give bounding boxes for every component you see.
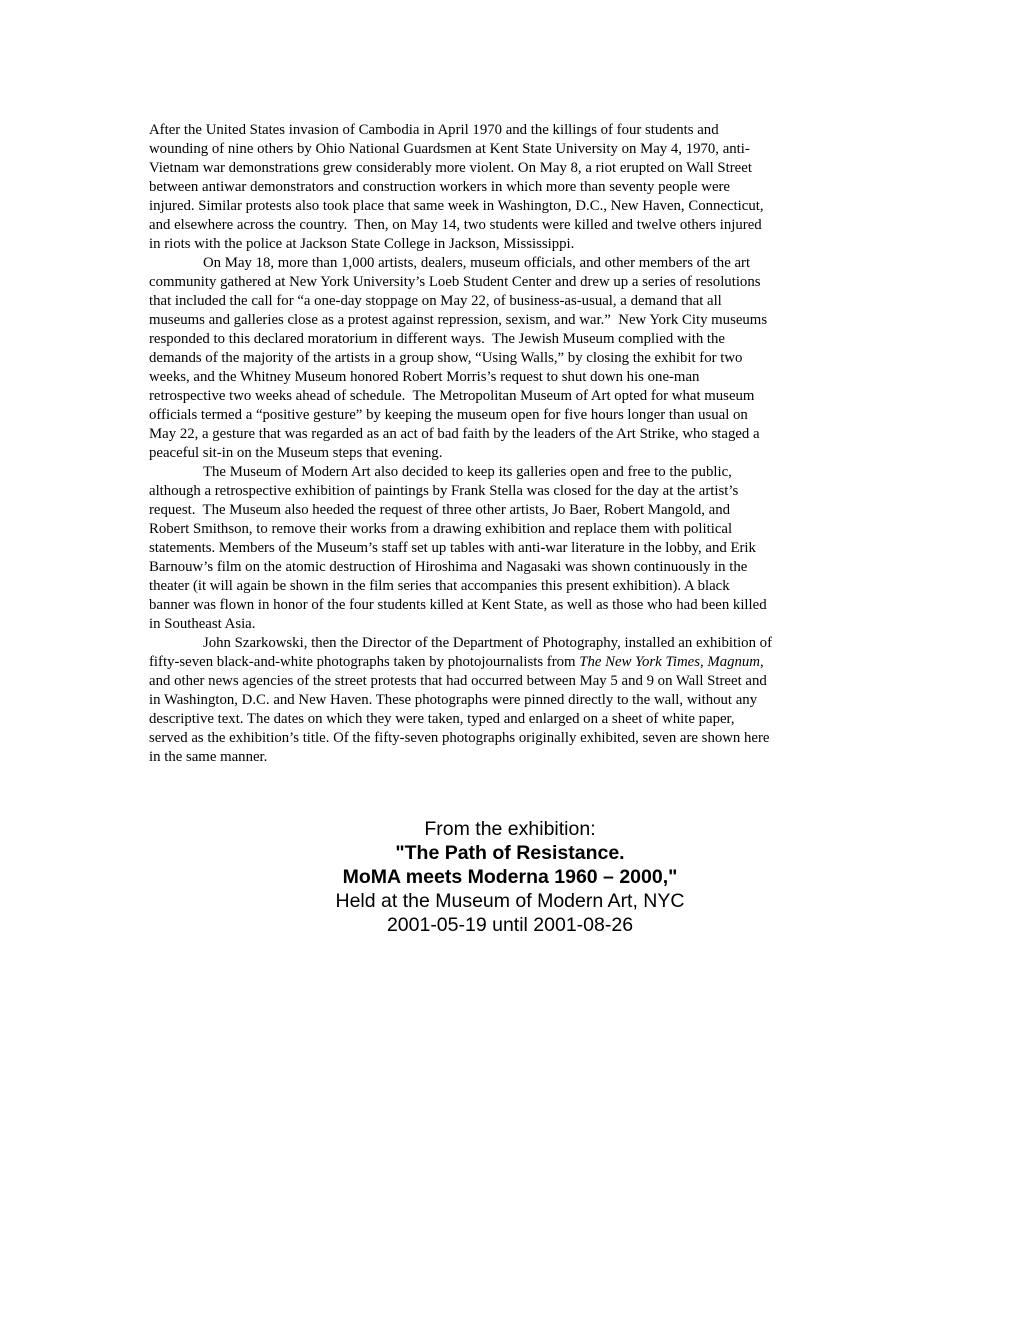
- text-run: officials termed a “positive gesture” by…: [149, 407, 748, 423]
- text-line: and elsewhere across the country. Then, …: [149, 216, 873, 235]
- document-page: After the United States invasion of Camb…: [0, 0, 1020, 1320]
- text-line: injured. Similar protests also took plac…: [149, 197, 873, 216]
- paragraph: The Museum of Modern Art also decided to…: [149, 463, 873, 634]
- text-line: in Washington, D.C. and New Haven. These…: [149, 691, 873, 710]
- text-run: wounding of nine others by Ohio National…: [149, 141, 750, 157]
- text-run: fifty-seven black-and-white photographs …: [149, 654, 579, 670]
- italic-text-run: The New York Times: [579, 654, 700, 670]
- text-line: descriptive text. The dates on which the…: [149, 710, 873, 729]
- text-run: request. The Museum also heeded the requ…: [149, 502, 730, 518]
- text-line: theater (it will again be shown in the f…: [149, 577, 873, 596]
- text-run: ,: [760, 654, 764, 670]
- text-run: theater (it will again be shown in the f…: [149, 578, 730, 594]
- text-run: injured. Similar protests also took plac…: [149, 198, 764, 214]
- text-line: retrospective two weeks ahead of schedul…: [149, 387, 873, 406]
- text-run: Robert Smithson, to remove their works f…: [149, 521, 732, 537]
- caption-line: Held at the Museum of Modern Art, NYC: [0, 889, 1020, 913]
- text-line: peaceful sit-in on the Museum steps that…: [149, 444, 873, 463]
- text-line: wounding of nine others by Ohio National…: [149, 140, 873, 159]
- text-run: banner was flown in honor of the four st…: [149, 597, 767, 613]
- text-line: between antiwar demonstrators and constr…: [149, 178, 873, 197]
- text-run: in the same manner.: [149, 749, 267, 765]
- caption-line: "The Path of Resistance.: [0, 841, 1020, 865]
- text-run: and elsewhere across the country. Then, …: [149, 217, 762, 233]
- text-run: retrospective two weeks ahead of schedul…: [149, 388, 754, 404]
- text-line: demands of the majority of the artists i…: [149, 349, 873, 368]
- text-line: On May 18, more than 1,000 artists, deal…: [149, 254, 873, 273]
- text-line: in riots with the police at Jackson Stat…: [149, 235, 873, 254]
- text-run: in Washington, D.C. and New Haven. These…: [149, 692, 757, 708]
- text-run: weeks, and the Whitney Museum honored Ro…: [149, 369, 699, 385]
- text-run: community gathered at New York Universit…: [149, 274, 760, 290]
- text-run: Barnouw’s film on the atomic destruction…: [149, 559, 747, 575]
- text-run: between antiwar demonstrators and constr…: [149, 179, 730, 195]
- text-line: request. The Museum also heeded the requ…: [149, 501, 873, 520]
- text-run: in riots with the police at Jackson Stat…: [149, 236, 574, 252]
- text-run: served as the exhibition’s title. Of the…: [149, 730, 769, 746]
- exhibition-caption: From the exhibition:"The Path of Resista…: [0, 817, 1020, 937]
- text-run: John Szarkowski, then the Director of th…: [203, 635, 772, 651]
- text-run: The Museum of Modern Art also decided to…: [203, 464, 732, 480]
- caption-line: 2001-05-19 until 2001-08-26: [0, 913, 1020, 937]
- text-line: Vietnam war demonstrations grew consider…: [149, 159, 873, 178]
- text-run: statements. Members of the Museum’s staf…: [149, 540, 756, 556]
- text-line: statements. Members of the Museum’s staf…: [149, 539, 873, 558]
- text-line: Barnouw’s film on the atomic destruction…: [149, 558, 873, 577]
- text-line: fifty-seven black-and-white photographs …: [149, 653, 873, 672]
- text-run: Vietnam war demonstrations grew consider…: [149, 160, 752, 176]
- caption-line: From the exhibition:: [0, 817, 1020, 841]
- text-line: served as the exhibition’s title. Of the…: [149, 729, 873, 748]
- text-line: After the United States invasion of Camb…: [149, 121, 873, 140]
- text-line: responded to this declared moratorium in…: [149, 330, 873, 349]
- text-run: descriptive text. The dates on which the…: [149, 711, 735, 727]
- text-run: in Southeast Asia.: [149, 616, 255, 632]
- text-line: that included the call for “a one-day st…: [149, 292, 873, 311]
- text-run: May 22, a gesture that was regarded as a…: [149, 426, 760, 442]
- paragraph: On May 18, more than 1,000 artists, deal…: [149, 254, 873, 463]
- text-line: community gathered at New York Universit…: [149, 273, 873, 292]
- paragraph: John Szarkowski, then the Director of th…: [149, 634, 873, 767]
- text-line: The Museum of Modern Art also decided to…: [149, 463, 873, 482]
- text-line: museums and galleries close as a protest…: [149, 311, 873, 330]
- text-run: although a retrospective exhibition of p…: [149, 483, 738, 499]
- text-run: museums and galleries close as a protest…: [149, 312, 767, 328]
- text-line: weeks, and the Whitney Museum honored Ro…: [149, 368, 873, 387]
- text-line: banner was flown in honor of the four st…: [149, 596, 873, 615]
- text-run: peaceful sit-in on the Museum steps that…: [149, 445, 442, 461]
- text-run: that included the call for “a one-day st…: [149, 293, 722, 309]
- text-line: Robert Smithson, to remove their works f…: [149, 520, 873, 539]
- text-line: John Szarkowski, then the Director of th…: [149, 634, 873, 653]
- document-body-text: After the United States invasion of Camb…: [149, 121, 873, 767]
- text-line: although a retrospective exhibition of p…: [149, 482, 873, 501]
- text-line: officials termed a “positive gesture” by…: [149, 406, 873, 425]
- text-run: On May 18, more than 1,000 artists, deal…: [203, 255, 750, 271]
- text-line: and other news agencies of the street pr…: [149, 672, 873, 691]
- paragraph: After the United States invasion of Camb…: [149, 121, 873, 254]
- caption-line: MoMA meets Moderna 1960 – 2000,": [0, 865, 1020, 889]
- text-run: and other news agencies of the street pr…: [149, 673, 767, 689]
- text-run: responded to this declared moratorium in…: [149, 331, 725, 347]
- text-run: After the United States invasion of Camb…: [149, 122, 719, 138]
- italic-text-run: Magnum: [707, 654, 760, 670]
- text-run: demands of the majority of the artists i…: [149, 350, 742, 366]
- text-line: in Southeast Asia.: [149, 615, 873, 634]
- text-line: in the same manner.: [149, 748, 873, 767]
- text-line: May 22, a gesture that was regarded as a…: [149, 425, 873, 444]
